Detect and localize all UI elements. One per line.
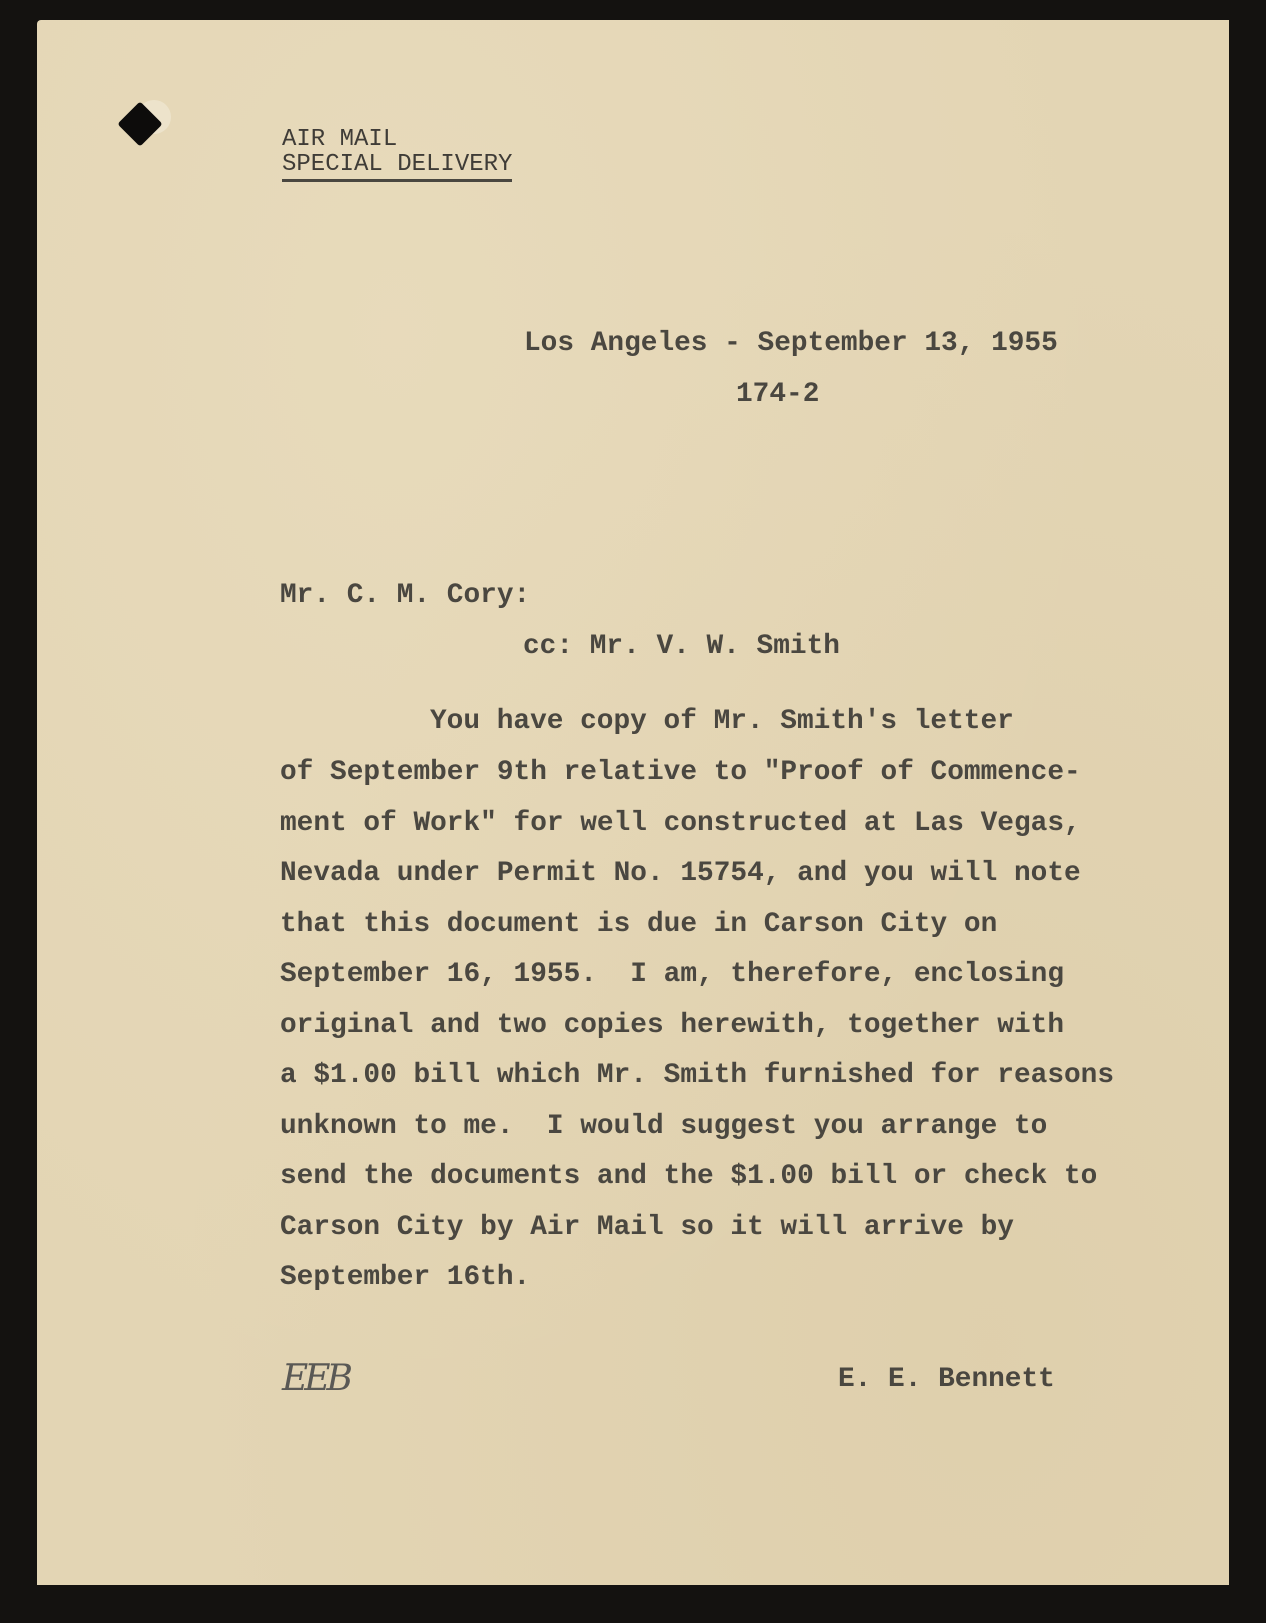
body-line: You have copy of Mr. Smith's letter: [430, 708, 1014, 736]
body-line: ment of Work" for well constructed at La…: [280, 810, 1081, 838]
body-line: send the documents and the $1.00 bill or…: [280, 1163, 1097, 1191]
body-line: that this document is due in Carson City…: [280, 911, 997, 939]
body-line: Carson City by Air Mail so it will arriv…: [280, 1214, 1014, 1242]
addressee: Mr. C. M. Cory:: [280, 582, 530, 610]
header-special-delivery: SPECIAL DELIVERY: [282, 153, 512, 182]
letter-page: [37, 20, 1229, 1585]
body-line: unknown to me. I would suggest you arran…: [280, 1113, 1047, 1141]
body-line: September 16, 1955. I am, therefore, enc…: [280, 961, 1064, 989]
dateline: Los Angeles - September 13, 1955: [524, 330, 1058, 358]
body-line: a $1.00 bill which Mr. Smith furnished f…: [280, 1062, 1114, 1090]
header-air-mail: AIR MAIL: [282, 128, 397, 152]
body-line: September 16th.: [280, 1264, 530, 1292]
body-line: original and two copies herewith, togeth…: [280, 1012, 1064, 1040]
cc-line: cc: Mr. V. W. Smith: [523, 633, 840, 661]
body-line: of September 9th relative to "Proof of C…: [280, 759, 1081, 787]
file-number: 174-2: [736, 381, 819, 409]
body-line: Nevada under Permit No. 15754, and you w…: [280, 860, 1081, 888]
signature-name: E. E. Bennett: [838, 1366, 1055, 1394]
handwritten-initials: EEB: [282, 1358, 349, 1399]
